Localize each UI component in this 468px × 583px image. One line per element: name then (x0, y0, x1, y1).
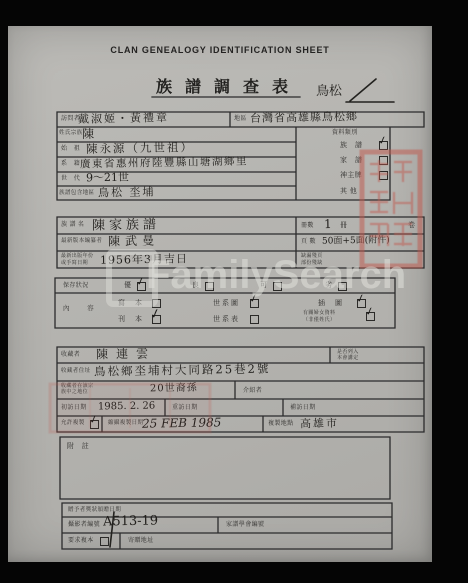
region-label: 地區 (234, 116, 247, 122)
request-copy-checkbox (100, 537, 109, 546)
familysearch-watermark: FamilySearch (146, 253, 406, 298)
origin-label: 系 籍 (61, 161, 80, 167)
award-date-label: 贈予者獎狀頒贈日期 (68, 508, 121, 514)
publish-date-label-1: 最新出版年份 (61, 254, 93, 259)
surname-label: 姓氏宗族 (59, 131, 83, 137)
content-checkbox-lineage-table (250, 315, 259, 324)
holder-address-label: 收藏者住址 (61, 369, 91, 375)
compiler-value: 陳武曼 (108, 235, 159, 248)
content-option-women-label-2: （非僅姓氏） (303, 318, 335, 323)
notes-label: 附 註 (67, 443, 89, 450)
pages-label: 頁 數 (301, 239, 316, 245)
condition-label: 保存狀況 (63, 283, 89, 289)
page-title: 族譜調查表 (156, 74, 301, 97)
volumes-label: 冊數 (301, 223, 314, 229)
request-copy-label: 要求複本 (68, 538, 94, 544)
volumes-unit-ce: 冊 (340, 222, 347, 229)
scanned-genealogy-form: CLAN GENEALOGY IDENTIFICATION SHEET 族譜調查… (0, 0, 468, 583)
holder-value: 陳連雲 (96, 347, 156, 360)
volumes-value: 1 (324, 218, 332, 230)
content-option-printed: 刊 本 (118, 316, 146, 323)
content-option-illustrations: 插 圖 (318, 300, 346, 307)
mailing-address-label: 寄贈地址 (128, 538, 154, 544)
listed-label-2: 本會講定 (337, 356, 359, 361)
introducer-label: 介紹者 (243, 388, 262, 394)
surname-value: 陳 (82, 128, 94, 140)
genealogy-title-label: 族 譜 名 (61, 222, 84, 228)
generation-value: 9～21世 (86, 172, 129, 184)
holder-label: 收藏者 (61, 352, 80, 358)
generation-label: 世 代 (61, 176, 80, 182)
copy-place-label: 複製地點 (268, 421, 294, 427)
publish-date-label-2: 或手寫日期 (61, 261, 88, 266)
origin-value: 廣東省惠州府陸豐縣山塘湖鄉里 (80, 157, 248, 170)
holder-address-value: 鳥松鄉坔埔村大同路25巷2號 (94, 363, 271, 378)
society-number-label: 家譜學會編號 (226, 522, 264, 528)
investigator-value: 戴淑姬・黃禮章 (78, 112, 169, 125)
faint-red-stamp (48, 382, 212, 434)
photographer-number-label: 攝影者編號 (68, 522, 100, 528)
content-option-lineage-table: 世系表 (213, 316, 240, 323)
coverage-label: 族譜包含地區 (59, 191, 94, 197)
coverage-value: 鳥松 坔埔 (98, 186, 156, 198)
content-label: 內 容 (63, 306, 102, 313)
followup-visit-label: 補訪日期 (290, 405, 316, 411)
founder-label: 始 祖 (61, 146, 80, 152)
category-title: 資料類別 (332, 130, 358, 136)
copy-place-value: 高雄市 (300, 418, 339, 430)
english-title: CLAN GENEALOGY IDENTIFICATION SHEET (8, 45, 432, 55)
genealogy-title-value: 陳家族譜 (92, 218, 160, 232)
photographer-number-value: A513-19 (103, 515, 158, 529)
content-option-lineage-chart: 世系圖 (213, 300, 240, 307)
top-annotation-handwriting: 鳥松 (316, 85, 342, 98)
founder-value: 陳永源（九世祖） (86, 142, 194, 155)
compiler-label: 最新版本編纂者 (61, 239, 102, 245)
region-value: 台灣省高雄縣鳥松鄉 (250, 111, 358, 124)
content-option-women-label-1: 有關婦女資料 (303, 311, 335, 316)
category-option-other: 其 他 (340, 188, 357, 195)
